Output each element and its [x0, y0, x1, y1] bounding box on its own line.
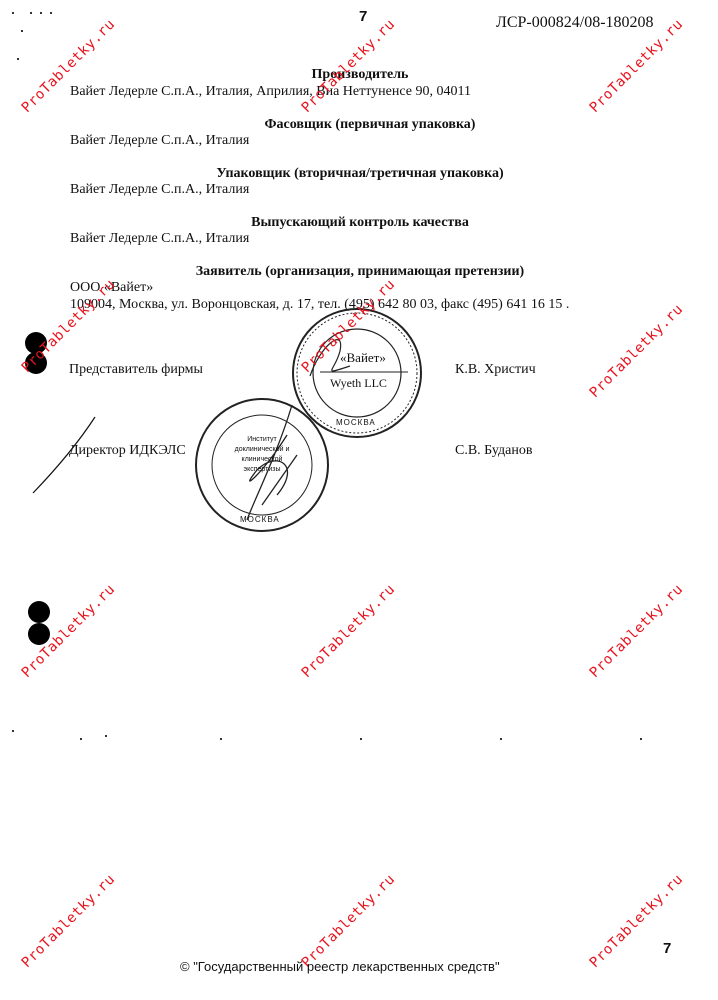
- footer-copyright: © "Государственный реестр лекарственных …: [180, 959, 500, 974]
- watermark: ProTabletky.ru: [587, 581, 687, 681]
- watermark: ProTabletky.ru: [299, 581, 399, 681]
- scan-speck: [21, 30, 23, 32]
- watermark: ProTabletky.ru: [19, 871, 119, 971]
- section-heading-secondary-packer: Упаковщик (вторичная/третичная упаковка): [60, 166, 660, 182]
- federal-stamp: Институт доклинической и клинической экс…: [192, 395, 332, 535]
- section-line: Вайет Ледерле С.п.А., Италия: [70, 182, 249, 198]
- watermark: ProTabletky.ru: [299, 871, 399, 971]
- header-page-number: 7: [359, 8, 367, 25]
- scan-speck: [17, 58, 19, 60]
- signature-stroke-icon: [30, 415, 100, 495]
- section-line: Вайет Ледерле С.п.А., Италия: [70, 231, 249, 247]
- section-line: Вайет Ледерле С.п.А., Италия, Априлия, В…: [70, 84, 471, 100]
- scan-speck: [40, 12, 42, 14]
- watermark: ProTabletky.ru: [587, 301, 687, 401]
- federal-stamp-inner: Институт доклинической и клинической экс…: [230, 435, 294, 475]
- scan-speck: [12, 12, 14, 14]
- watermark: ProTabletky.ru: [587, 871, 687, 971]
- scan-speck: [220, 738, 222, 740]
- scan-speck: [12, 730, 14, 732]
- scan-speck: [640, 738, 642, 740]
- signature-role-representative: Представитель фирмы: [69, 362, 203, 378]
- registration-number: ЛСР-000824/08-180208: [496, 14, 654, 32]
- footer-page-number: 7: [663, 940, 671, 957]
- section-heading-quality-control: Выпускающий контроль качества: [60, 215, 660, 231]
- signature-name-director: С.В. Буданов: [455, 443, 532, 459]
- scan-speck: [500, 738, 502, 740]
- scan-speck: [360, 738, 362, 740]
- scan-speck: [30, 12, 32, 14]
- scan-speck: [80, 738, 82, 740]
- scan-speck: [50, 12, 52, 14]
- company-stamp-sub: Wyeth LLC: [330, 376, 387, 391]
- company-stamp-name: «Вайет»: [340, 350, 386, 366]
- section-heading-primary-packer: Фасовщик (первичная упаковка): [70, 117, 670, 133]
- section-heading-applicant: Заявитель (организация, принимающая прет…: [60, 264, 660, 280]
- company-stamp-city: МОСКВА: [336, 418, 376, 427]
- federal-stamp-city: МОСКВА: [240, 515, 280, 524]
- scan-speck: [105, 735, 107, 737]
- signature-name-representative: К.В. Христич: [455, 362, 536, 378]
- section-heading-manufacturer: Производитель: [60, 67, 660, 83]
- punch-hole: [28, 601, 50, 623]
- section-line: Вайет Ледерле С.п.А., Италия: [70, 133, 249, 149]
